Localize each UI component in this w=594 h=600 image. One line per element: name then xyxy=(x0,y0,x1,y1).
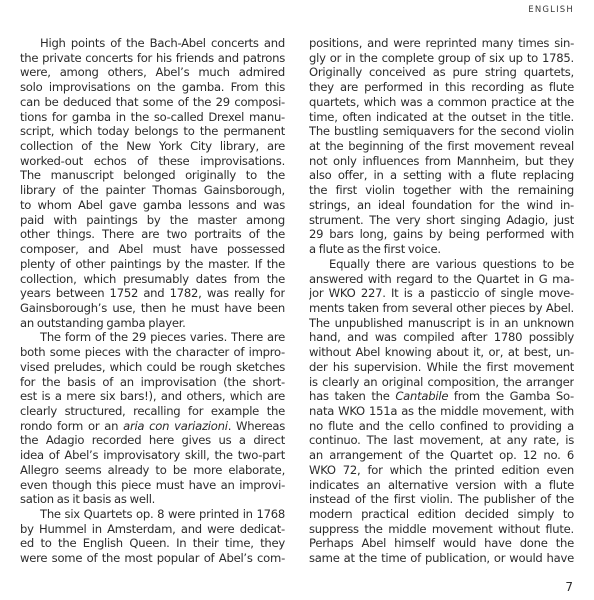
text-line: plenty of other paintings by the master.… xyxy=(20,257,285,272)
text-run: at the beginning of the first movement r… xyxy=(309,139,574,153)
text-line: ed to the English Queen. In their time, … xyxy=(20,536,285,551)
text-line: clearly structured, recalling for exampl… xyxy=(20,404,285,419)
text-run: Equally there are various questions to b… xyxy=(329,257,574,271)
text-run: solo improvisations on the gamba. From t… xyxy=(20,80,285,94)
text-line: gly or in the complete group of six up t… xyxy=(309,51,574,66)
text-run: no flute and the cello confined to provi… xyxy=(309,419,574,433)
text-line: High points of the Bach-Abel concerts an… xyxy=(20,36,285,51)
text-line: without Abel knowing about it, or, at be… xyxy=(309,345,574,360)
text-line: nata WKO 151a as the middle movement, wi… xyxy=(309,404,574,419)
text-line: a flute as the first voice. xyxy=(309,242,574,257)
text-line: both some pieces with the character of i… xyxy=(20,345,285,360)
text-run: script, which today belongs to the perma… xyxy=(20,124,285,138)
text-line: est is a mere six bars!), and others, wh… xyxy=(20,389,285,404)
text-line: suppress the middle movement without flu… xyxy=(309,522,574,537)
text-line: sation as it basis as well. xyxy=(20,492,285,507)
text-run: The bustling semiquavers for the second … xyxy=(309,124,574,138)
text-line: Originally conceived as pure string quar… xyxy=(309,65,574,80)
text-run: clearly structured, recalling for exampl… xyxy=(20,404,285,418)
text-line: The form of the 29 pieces varies. There … xyxy=(20,330,285,345)
text-column-left: High points of the Bach-Abel concerts an… xyxy=(20,36,285,566)
text-run: The manuscript belonged originally to th… xyxy=(20,168,285,182)
text-line: The unpublished manuscript is in an unkn… xyxy=(309,316,574,331)
text-run: plenty of other paintings by the master.… xyxy=(20,257,285,271)
text-line: der his supervision. While the first mov… xyxy=(309,360,574,375)
text-line: answered with regard to the Quartet in G… xyxy=(309,272,574,287)
text-line: jor WKO 227. It is a pasticcio of single… xyxy=(309,286,574,301)
text-line: The six Quartets op. 8 were printed in 1… xyxy=(20,507,285,522)
text-line: vised preludes, which could be rough ske… xyxy=(20,360,285,375)
text-run: ed to the English Queen. In their time, … xyxy=(20,536,285,550)
text-line: modern practical edition decided simply … xyxy=(309,507,574,522)
text-run: rondo form or an xyxy=(20,419,123,433)
text-line: an outstanding gamba player. xyxy=(20,316,285,331)
text-run: even though this piece must have an impr… xyxy=(20,478,285,492)
text-line: were some of the most popular of Abel’s … xyxy=(20,551,285,566)
text-line: worked-out echos of these improvisations… xyxy=(20,154,285,169)
text-run: Allegro seems already to be more elabora… xyxy=(20,463,285,477)
text-run: jor WKO 227. It is a pasticcio of single… xyxy=(309,286,574,300)
text-line: can be deduced that some of the 29 compo… xyxy=(20,95,285,110)
text-run: is clearly an original composition, the … xyxy=(309,375,574,389)
text-run: nata WKO 151a as the middle movement, wi… xyxy=(309,404,574,418)
text-run: WKO 72, for which the printed edition ev… xyxy=(309,463,574,477)
text-run: Gainsborough’s use, then he must have be… xyxy=(20,301,285,315)
text-line: composer, and Abel must have possessed xyxy=(20,242,285,257)
text-line: not only influences from Mannheim, but t… xyxy=(309,154,574,169)
text-line: collection, which presumably dates from … xyxy=(20,272,285,287)
text-line: continuo. The last movement, at any rate… xyxy=(309,433,574,448)
text-line: no flute and the cello confined to provi… xyxy=(309,419,574,434)
text-run: answered with regard to the Quartet in G… xyxy=(309,272,574,286)
text-line: other things. There are two portraits of… xyxy=(20,227,285,242)
text-run: by Hummel in Amsterdam, and were dedicat… xyxy=(20,522,285,536)
text-run: years between 1752 and 1782, was really … xyxy=(20,286,285,300)
text-run: positions, and were reprinted many times… xyxy=(309,36,574,50)
text-run: ments taken from several other pieces by… xyxy=(309,301,574,315)
text-line: time, often indicated at the outset in t… xyxy=(309,110,574,125)
text-run: paid with paintings by the master among xyxy=(20,213,285,227)
text-line: solo improvisations on the gamba. From t… xyxy=(20,80,285,95)
text-line: strings, an ideal foundation for the win… xyxy=(309,198,574,213)
text-run: both some pieces with the character of i… xyxy=(20,345,285,359)
text-run: strument. The very short singing Adagio,… xyxy=(309,213,574,227)
text-line: quartets, which was a common practice at… xyxy=(309,95,574,110)
text-line: script, which today belongs to the perma… xyxy=(20,124,285,139)
text-run: were, among others, Abel’s much admired xyxy=(20,65,285,79)
text-run: . Whereas xyxy=(228,419,285,433)
text-run: collection of the New York City library,… xyxy=(20,139,285,153)
page-number: 7 xyxy=(565,580,573,594)
text-run: suppress the middle movement without flu… xyxy=(309,522,574,536)
text-line: instead of the first violin. The publish… xyxy=(309,492,574,507)
text-line: paid with paintings by the master among xyxy=(20,213,285,228)
text-run: has taken the xyxy=(309,389,395,403)
text-run: an arrangement of the Quartet op. 12 no.… xyxy=(309,448,574,462)
text-run: 29 bars long, gains by being performed w… xyxy=(309,227,574,241)
text-run: The six Quartets op. 8 were printed in 1… xyxy=(40,507,285,521)
text-run: instead of the first violin. The publish… xyxy=(309,492,574,506)
text-line: library of the painter Thomas Gainsborou… xyxy=(20,183,285,198)
text-line: The bustling semiquavers for the second … xyxy=(309,124,574,139)
text-run: The form of the 29 pieces varies. There … xyxy=(40,330,285,344)
italic-term: aria con variazioni xyxy=(123,419,228,433)
text-run: Perhaps Abel himself would have done the xyxy=(309,536,574,550)
text-line: is clearly an original composition, the … xyxy=(309,375,574,390)
text-line: idea of Abel’s improvisatory skill, the … xyxy=(20,448,285,463)
text-run: can be deduced that some of the 29 compo… xyxy=(20,95,285,109)
text-line: collection of the New York City library,… xyxy=(20,139,285,154)
text-run: High points of the Bach-Abel concerts an… xyxy=(40,36,285,50)
text-line: the Adagio recorded here gives us a dire… xyxy=(20,433,285,448)
text-run: were some of the most popular of Abel’s … xyxy=(20,551,285,565)
text-run: from the Gamba So- xyxy=(448,389,574,403)
text-line: Gainsborough’s use, then he must have be… xyxy=(20,301,285,316)
text-run: they are performed in this recording as … xyxy=(309,80,574,94)
text-run: a flute as the first voice. xyxy=(309,242,441,256)
text-run: vised preludes, which could be rough ske… xyxy=(20,360,285,374)
text-line: strument. The very short singing Adagio,… xyxy=(309,213,574,228)
section-header: ENGLISH xyxy=(528,5,574,15)
text-line: Equally there are various questions to b… xyxy=(309,257,574,272)
text-line: for the basis of an improvisation (the s… xyxy=(20,375,285,390)
text-run: The unpublished manuscript is in an unkn… xyxy=(309,316,574,330)
text-run: other things. There are two portraits of… xyxy=(20,227,285,241)
text-line: years between 1752 and 1782, was really … xyxy=(20,286,285,301)
text-run: idea of Abel’s improvisatory skill, the … xyxy=(20,448,285,462)
text-run: not only influences from Mannheim, but t… xyxy=(309,154,574,168)
text-run: the Adagio recorded here gives us a dire… xyxy=(20,433,285,447)
text-line: rondo form or an aria con variazioni. Wh… xyxy=(20,419,285,434)
text-run: library of the painter Thomas Gainsborou… xyxy=(20,183,285,197)
text-run: modern practical edition decided simply … xyxy=(309,507,574,521)
text-run: gly or in the complete group of six up t… xyxy=(309,51,574,65)
text-run: quartets, which was a common practice at… xyxy=(309,95,574,109)
text-line: indicates an alternative version with a … xyxy=(309,478,574,493)
text-run: the private concerts for his friends and… xyxy=(20,51,285,65)
text-line: positions, and were reprinted many times… xyxy=(309,36,574,51)
text-line: ments taken from several other pieces by… xyxy=(309,301,574,316)
text-line: to whom Abel gave gamba lessons and was xyxy=(20,198,285,213)
text-run: for the basis of an improvisation (the s… xyxy=(20,375,285,389)
text-line: also offer, in a setting with a flute re… xyxy=(309,168,574,183)
text-run: to whom Abel gave gamba lessons and was xyxy=(20,198,285,212)
text-run: continuo. The last movement, at any rate… xyxy=(309,433,574,447)
italic-term: Cantabile xyxy=(395,389,448,403)
text-line: Allegro seems already to be more elabora… xyxy=(20,463,285,478)
text-line: were, among others, Abel’s much admired xyxy=(20,65,285,80)
text-column-right: positions, and were reprinted many times… xyxy=(309,36,574,566)
text-run: the first violin together with the remai… xyxy=(309,183,574,197)
text-line: The manuscript belonged originally to th… xyxy=(20,168,285,183)
text-run: an outstanding gamba player. xyxy=(20,316,186,330)
text-run: indicates an alternative version with a … xyxy=(309,478,574,492)
text-run: Originally conceived as pure string quar… xyxy=(309,65,574,79)
text-run: sation as it basis as well. xyxy=(20,492,155,506)
text-run: collection, which presumably dates from … xyxy=(20,272,285,286)
text-run: also offer, in a setting with a flute re… xyxy=(309,168,574,182)
text-run: composer, and Abel must have possessed xyxy=(20,242,285,256)
text-run: without Abel knowing about it, or, at be… xyxy=(309,345,574,359)
text-run: hand, and was compiled after 1780 possib… xyxy=(309,330,574,344)
text-line: same at the time of publication, or woul… xyxy=(309,551,574,566)
text-line: the first violin together with the remai… xyxy=(309,183,574,198)
text-line: WKO 72, for which the printed edition ev… xyxy=(309,463,574,478)
text-line: tions for gamba in the so-called Drexel … xyxy=(20,110,285,125)
text-run: same at the time of publication, or woul… xyxy=(309,551,574,565)
text-line: an arrangement of the Quartet op. 12 no.… xyxy=(309,448,574,463)
text-run: time, often indicated at the outset in t… xyxy=(309,110,574,124)
text-run: est is a mere six bars!), and others, wh… xyxy=(20,389,285,403)
text-line: by Hummel in Amsterdam, and were dedicat… xyxy=(20,522,285,537)
text-line: they are performed in this recording as … xyxy=(309,80,574,95)
text-line: hand, and was compiled after 1780 possib… xyxy=(309,330,574,345)
text-line: has taken the Cantabile from the Gamba S… xyxy=(309,389,574,404)
text-run: strings, an ideal foundation for the win… xyxy=(309,198,574,212)
text-line: even though this piece must have an impr… xyxy=(20,478,285,493)
text-run: tions for gamba in the so-called Drexel … xyxy=(20,110,285,124)
text-run: worked-out echos of these improvisations… xyxy=(20,154,285,168)
text-line: 29 bars long, gains by being performed w… xyxy=(309,227,574,242)
text-line: Perhaps Abel himself would have done the xyxy=(309,536,574,551)
text-run: der his supervision. While the first mov… xyxy=(309,360,574,374)
text-line: the private concerts for his friends and… xyxy=(20,51,285,66)
text-line: at the beginning of the first movement r… xyxy=(309,139,574,154)
